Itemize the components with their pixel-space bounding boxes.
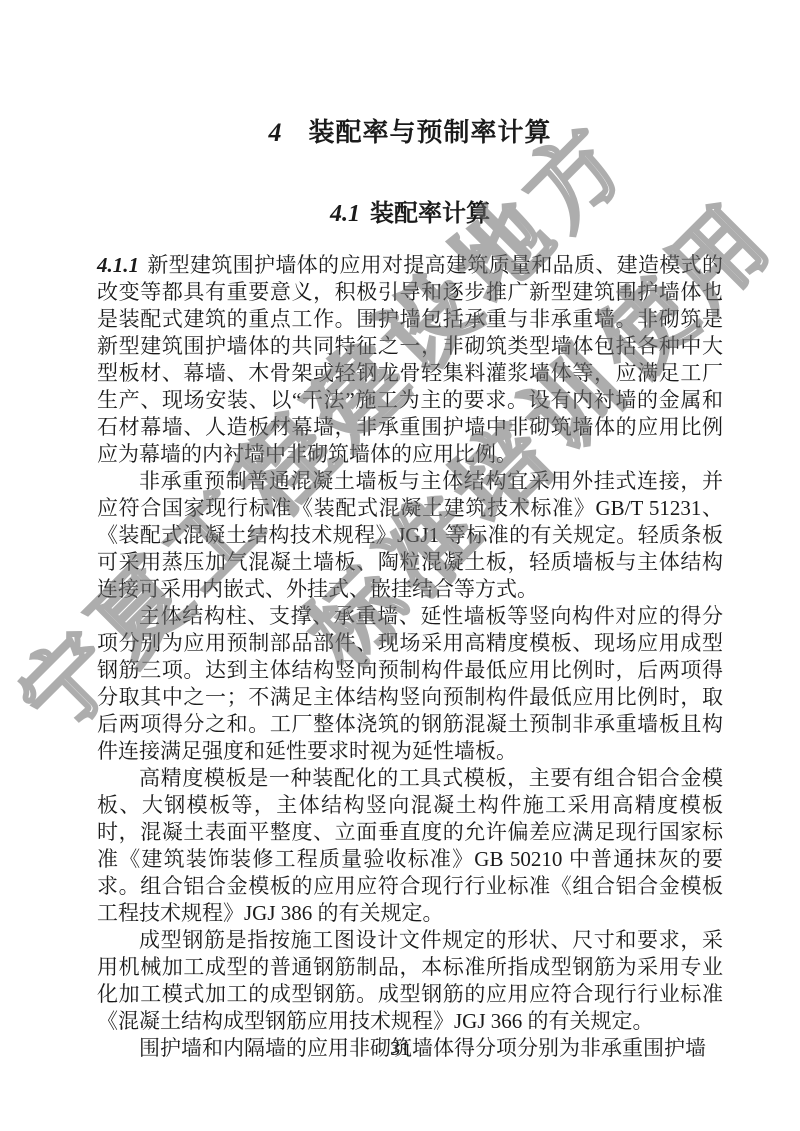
paragraph-4-1-1: 4.1.1新型建筑围护墙体的应用对提高建筑质量和品质、建造模式的改变等都具有重要… xyxy=(97,252,723,468)
page-content: 4装配率与预制率计算 4.1装配率计算 4.1.1新型建筑围护墙体的应用对提高建… xyxy=(97,112,723,1062)
chapter-number: 4 xyxy=(268,118,282,147)
paragraph-5: 成型钢筋是指按施工图设计文件规定的形状、尺寸和要求，采用机械加工成型的普通钢筋制… xyxy=(97,927,723,1035)
paragraph-4: 高精度模板是一种装配化的工具式模板，主要有组合铝合金模板、大钢模板等，主体结构竖… xyxy=(97,765,723,927)
clause-number: 4.1.1 xyxy=(97,253,139,277)
chapter-title: 4装配率与预制率计算 xyxy=(97,112,723,149)
section-number: 4.1 xyxy=(330,201,360,227)
chapter-title-text: 装配率与预制率计算 xyxy=(308,118,551,147)
document-page: 宁夏工程建设地方 标准培训使用 4装配率与预制率计算 4.1装配率计算 4.1.… xyxy=(0,0,800,1131)
paragraph-4-1-1-text: 新型建筑围护墙体的应用对提高建筑质量和品质、建造模式的改变等都具有重要意义，积极… xyxy=(97,253,723,466)
section-title: 4.1装配率计算 xyxy=(97,193,723,228)
section-title-text: 装配率计算 xyxy=(370,201,490,227)
paragraph-3: 主体结构柱、支撑、承重墙、延性墙板等竖向构件对应的得分项分别为应用预制部品部件、… xyxy=(97,603,723,765)
page-number: 31 xyxy=(0,1038,800,1061)
paragraph-2: 非承重预制普通混凝土墙板与主体结构宜采用外挂式连接，并应符合国家现行标准《装配式… xyxy=(97,468,723,603)
